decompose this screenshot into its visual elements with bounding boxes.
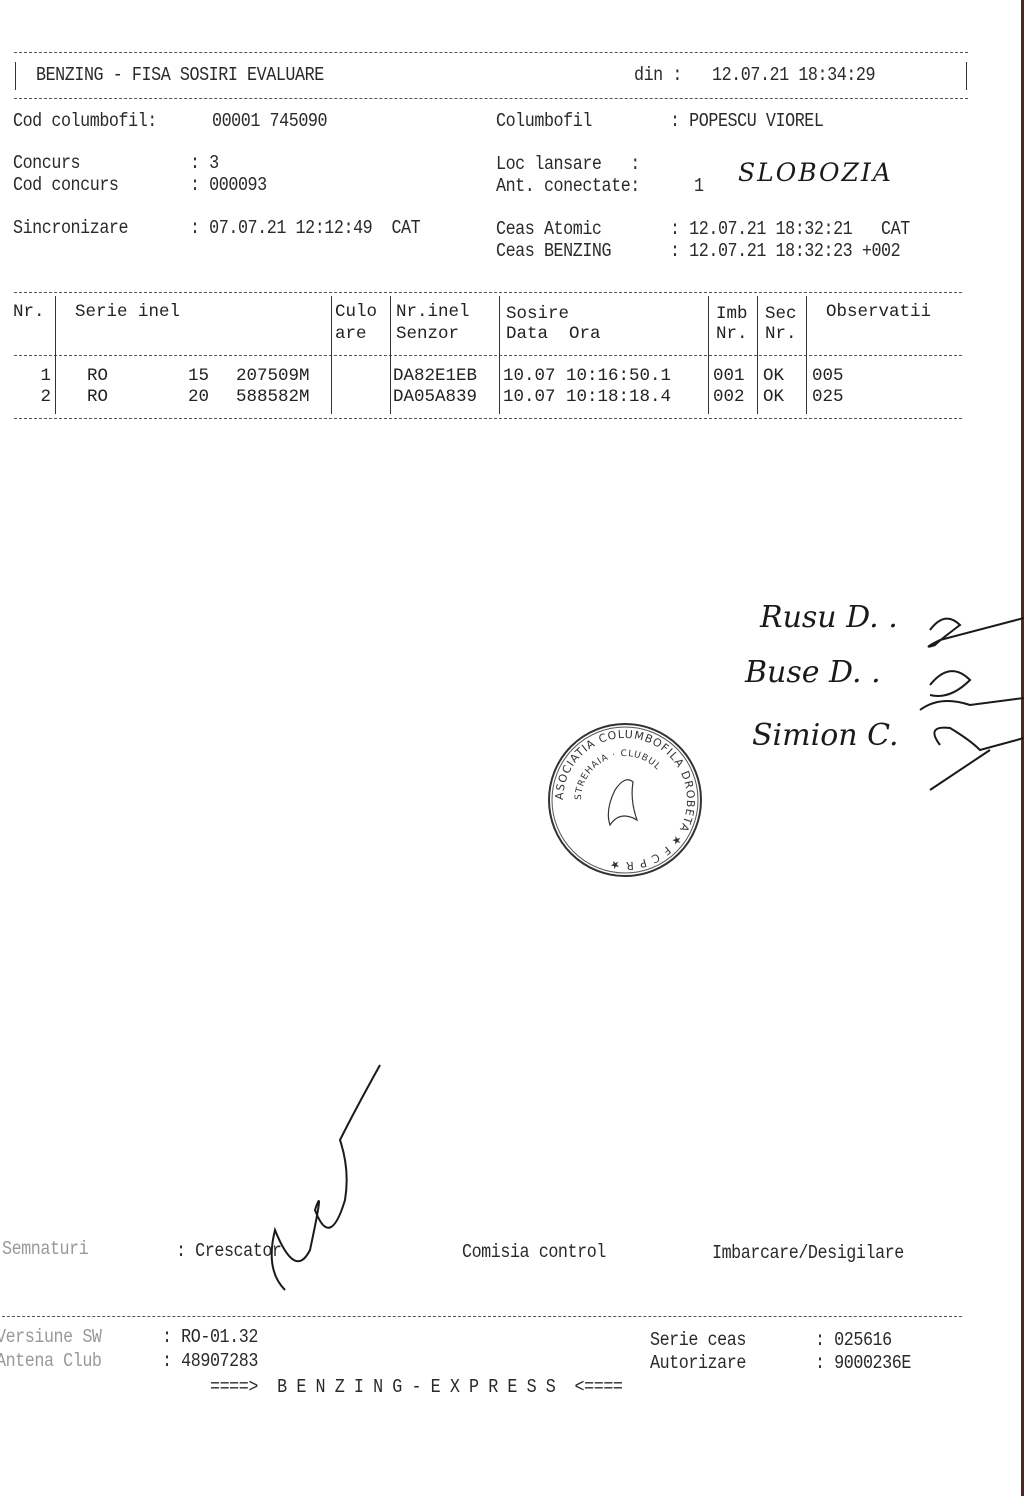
th-sosire-1: Sosire [506,304,569,324]
col-divider [757,296,758,414]
sincronizare-value: : 07.07.21 12:12:49 CAT [190,217,420,239]
svg-text:STREHAIA · CLUBUL: STREHAIA · CLUBUL [574,749,663,800]
th-sosire-2: Data Ora [506,324,601,344]
th-imb-2: Nr. [716,324,748,344]
print-date-label: din : [634,64,682,86]
footer-divider [2,1316,962,1317]
cell-ring: 207509M [236,366,310,386]
th-sec-1: Sec [765,304,797,324]
loc-lansare-label: Loc lansare : [496,153,640,175]
cell-nr: 2 [13,387,51,407]
antena-club-value: : 48907283 [162,1350,258,1372]
th-nr: Nr. [13,302,45,322]
imbarcare-label: Imbarcare/Desigilare [712,1242,904,1264]
th-imb-1: Imb [716,304,748,324]
th-nr-inel-1: Nr.inel [396,302,470,322]
loc-lansare-handwritten: SLOBOZIA [738,158,893,187]
cell-obs: 005 [812,366,844,386]
col-divider [390,296,391,414]
cell-country: RO [87,387,108,407]
ant-conectate-value: 1 [694,175,704,197]
cell-year: 20 [188,387,209,407]
th-culoare-1: Culo [335,302,377,322]
concurs-label: Concurs [13,152,80,174]
cell-senzor: DA82E1EB [393,366,477,386]
signature-scribbles [900,600,1024,800]
autorizare-label: Autorizare [650,1352,746,1374]
th-serie-inel: Serie inel [75,302,180,322]
crescator-label: : Crescator [176,1240,282,1262]
col-divider [499,296,500,414]
cell-nr: 1 [13,366,51,386]
cell-imb: 001 [713,366,745,386]
cell-imb: 002 [713,387,745,407]
benzing-express-banner: ====> B E N Z I N G - E X P R E S S <===… [210,1376,623,1398]
antena-club-label: Antena Club [0,1350,102,1372]
col-divider [806,296,807,414]
print-date-value: 12.07.21 18:34:29 [712,64,875,86]
document-title: BENZING - FISA SOSIRI EVALUARE [36,64,324,86]
cell-sec: OK [763,366,784,386]
col-divider [331,296,332,414]
autorizare-value: : 9000236E [815,1352,911,1374]
ceas-benzing-value: : 12.07.21 18:32:23 +002 [670,240,900,262]
cod-columbofil-value: 00001 745090 [212,110,327,132]
header-bottom-border [14,98,968,99]
cell-ring: 588582M [236,387,310,407]
th-nr-inel-2: Senzor [396,324,459,344]
ant-conectate-label: Ant. conectate: [496,175,640,197]
cod-concurs-value: : 000093 [190,174,267,196]
comisia-control-label: Comisia control [462,1241,606,1263]
signature-rusu: Rusu D. . [760,600,898,635]
serie-ceas-label: Serie ceas [650,1329,746,1351]
col-divider [708,296,709,414]
sincronizare-label: Sincronizare [13,217,128,239]
versiune-sw-value: : RO-01.32 [162,1326,258,1348]
concurs-value: : 3 [190,152,219,174]
cod-columbofil-label: Cod columbofil: [13,110,157,132]
cod-concurs-label: Cod concurs [13,174,119,196]
cell-sosire: 10.07 10:18:18.4 [503,387,671,407]
cell-sosire: 10.07 10:16:50.1 [503,366,671,386]
columbofil-value: : POPESCU VIOREL [670,110,824,132]
semnaturi-label: Semnaturi [2,1238,88,1260]
cell-sec: OK [763,387,784,407]
header-top-border [14,52,968,53]
serie-ceas-value: : 025616 [815,1329,892,1351]
columbofil-label: Columbofil [496,110,592,132]
th-sec-2: Nr. [765,324,797,344]
header-left-border [15,62,16,90]
cell-obs: 025 [812,387,844,407]
col-divider [55,296,56,414]
header-right-border [966,62,967,90]
signature-buse: Buse D. . [745,655,881,690]
cell-senzor: DA05A839 [393,387,477,407]
signature-simion: Simion C. [752,718,899,753]
breeder-signature [255,1060,395,1300]
table-bottom-border [14,418,962,419]
versiune-sw-label: Versiune SW [0,1326,102,1348]
club-stamp: ASOCIATIA COLUMBOFILA DROBETA ★ F C P R … [545,720,705,880]
th-observatii: Observatii [826,302,931,322]
table-top-border [14,292,962,293]
table-header-border [14,355,962,356]
th-culoare-2: are [335,324,367,344]
cell-country: RO [87,366,108,386]
ceas-benzing-label: Ceas BENZING [496,240,611,262]
ceas-atomic-value: : 12.07.21 18:32:21 CAT [670,218,910,240]
cell-year: 15 [188,366,209,386]
ceas-atomic-label: Ceas Atomic [496,218,602,240]
